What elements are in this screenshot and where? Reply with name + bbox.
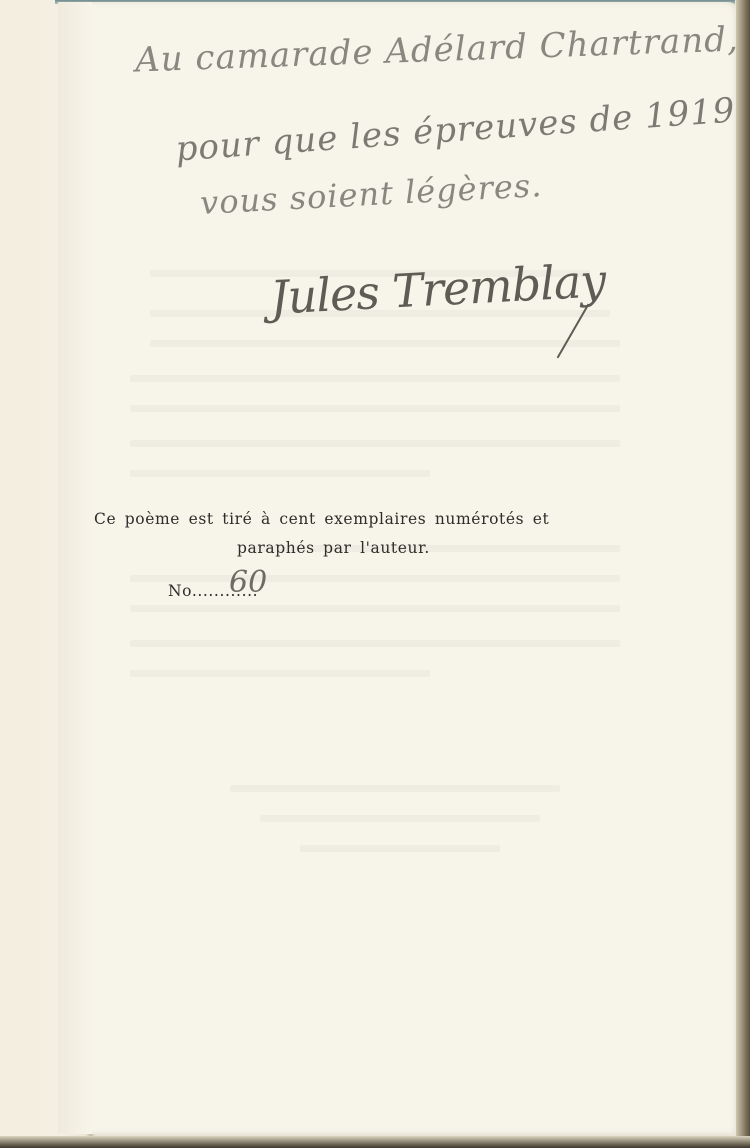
page-fold-shading bbox=[58, 2, 92, 1134]
show-through-line bbox=[150, 340, 620, 347]
show-through-line bbox=[130, 375, 620, 382]
show-through-line bbox=[130, 670, 430, 677]
show-through-line bbox=[130, 605, 620, 612]
show-through-line bbox=[300, 845, 500, 852]
copy-number-handwritten: 60 bbox=[229, 565, 267, 600]
show-through-line bbox=[130, 575, 620, 582]
show-through-line bbox=[130, 405, 620, 412]
show-through-line bbox=[230, 785, 560, 792]
show-through-line bbox=[130, 440, 620, 447]
book-bottom-edge bbox=[0, 1136, 750, 1148]
book-page bbox=[58, 2, 738, 1134]
show-through-line bbox=[130, 640, 620, 647]
limitation-notice-line-1: Ce poème est tiré à cent exemplaires num… bbox=[94, 510, 549, 528]
show-through-line bbox=[130, 470, 430, 477]
book-right-edge bbox=[736, 0, 750, 1148]
show-through-line bbox=[260, 815, 540, 822]
limitation-notice-line-2: paraphés par l'auteur. bbox=[237, 539, 430, 557]
